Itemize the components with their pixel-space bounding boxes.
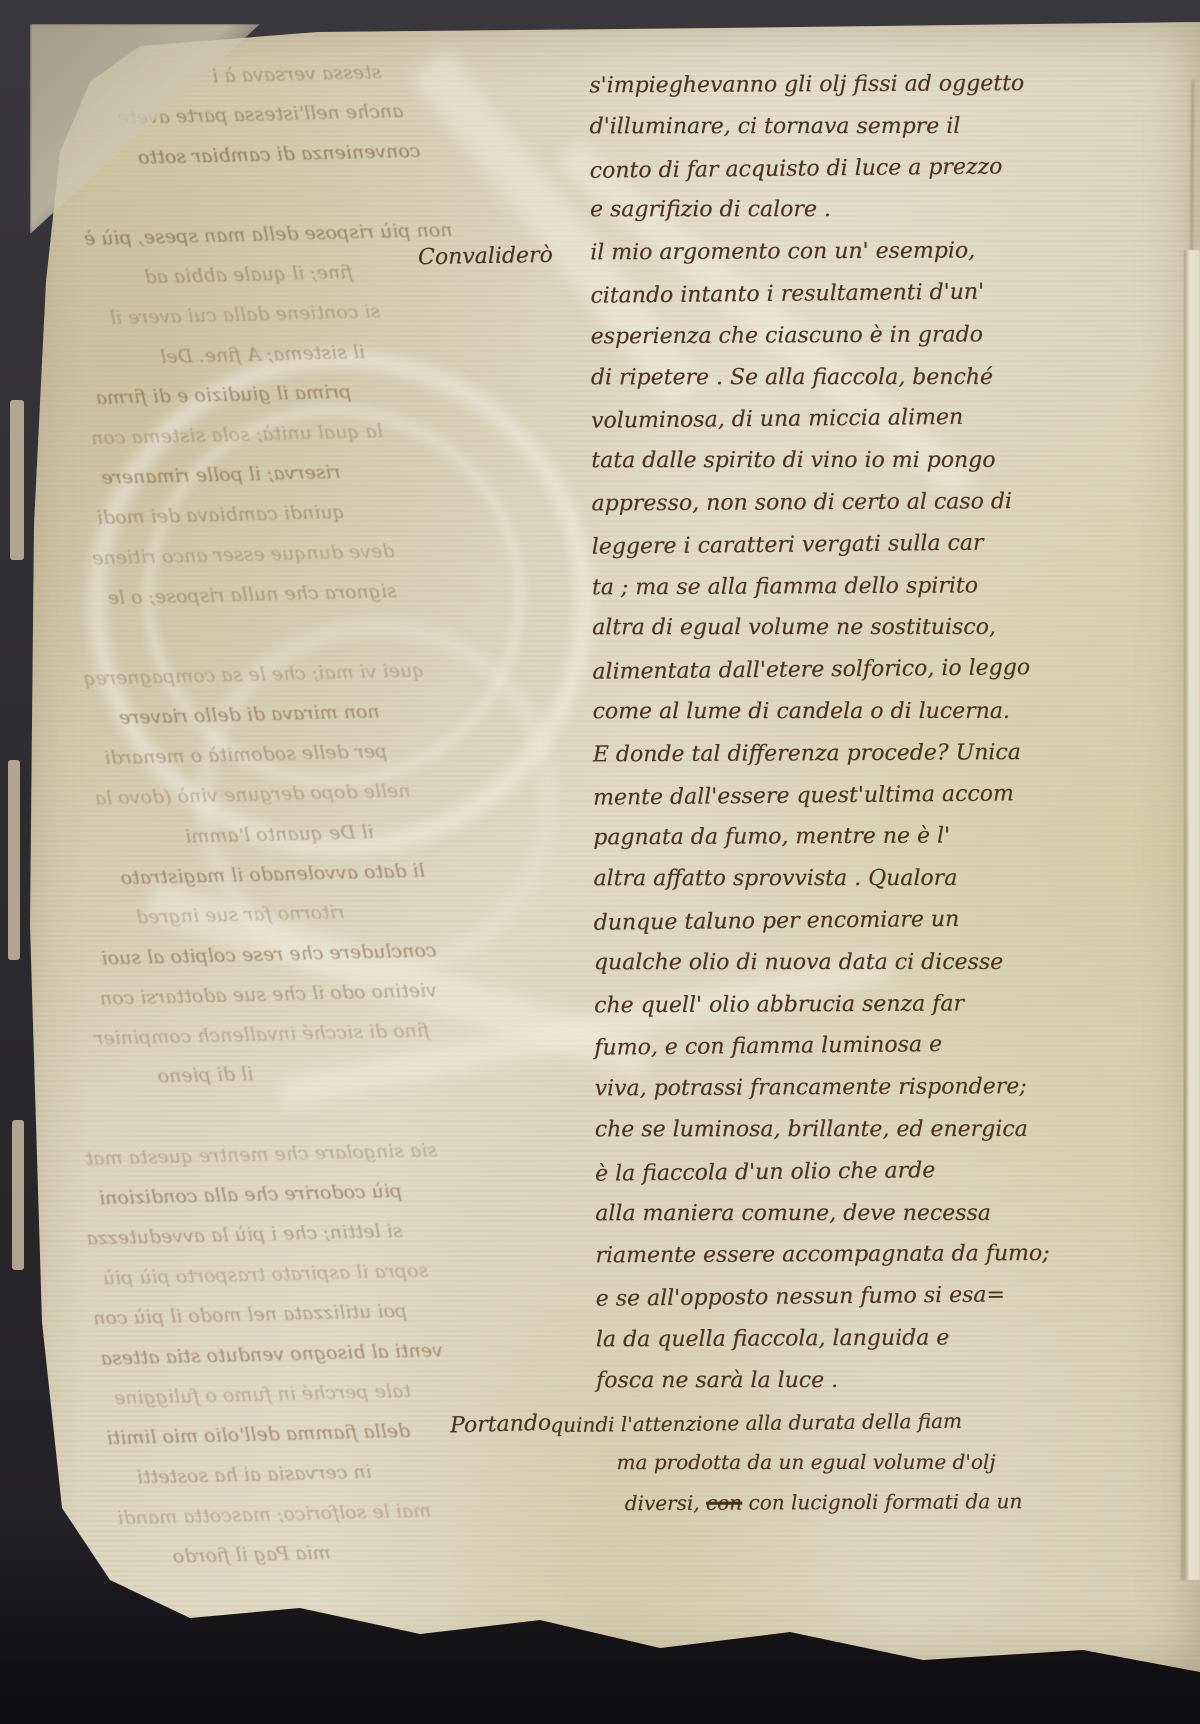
- bleedthrough-line: prima il giudizio e di firma: [95, 372, 545, 417]
- underlying-page-edge: [12, 1120, 24, 1270]
- text-line: voluminosa, di una miccia alimen: [591, 396, 1103, 443]
- bleedthrough-line: convenienza di cambiar sotto: [138, 132, 543, 176]
- margin-note-portando: Portando: [450, 1411, 552, 1439]
- bleedthrough-line: il De quanto l'ammi: [185, 811, 550, 855]
- text-line: che se luminosa, brillante, ed energica: [595, 1109, 1107, 1151]
- text-line: altra affatto sprovvista . Qualora: [593, 858, 1105, 900]
- text-line: fumo, e con fiamma luminosa e: [594, 1023, 1106, 1070]
- scan-background: { "document": { "kind": "handwritten-man…: [0, 0, 1200, 1724]
- adjacent-leaf-edge: [1184, 250, 1200, 1580]
- text-line: alla maniera comune, deve necessa: [595, 1192, 1107, 1234]
- bleedthrough-line: li dato avvolenado il magistrato: [120, 851, 550, 896]
- bleedthrough-line: sia singolare che mentre questa mat: [85, 1131, 553, 1176]
- text-line: e sagrifizio di calore .: [590, 189, 1102, 231]
- text-line: qualche olio di nuova data ci dicesse: [594, 942, 1106, 984]
- text-line: è la fiaccola d'un olio che arde: [595, 1148, 1107, 1195]
- bleedthrough-line: mai le solforico; mascotta mandi: [117, 1491, 557, 1536]
- bleedthrough-line: [73, 1091, 553, 1136]
- text-line: quindi l'attenzione alla durata della fi…: [550, 1399, 1108, 1445]
- bleedthrough-line: stessa versava à i: [212, 52, 542, 95]
- text-line: dunque taluno per encomiare un: [593, 897, 1105, 944]
- underlying-page-edge: [10, 400, 24, 560]
- text-line: come al lume di candela o di lucerna.: [593, 691, 1105, 733]
- bleedthrough-line: sopra il aspirato trasporto più più: [103, 1251, 555, 1296]
- bleedthrough-line: il sistema; A fine. Del: [160, 332, 545, 376]
- bleedthrough-line: quindi cambiava dei modi: [97, 492, 547, 537]
- bleedthrough-line: nelle dopo dergune vinò (dovo la: [95, 771, 550, 816]
- bleedthrough-line: riserva; il polle rimanere: [101, 452, 546, 497]
- text-line: che quell' olio abbrucia senza far: [594, 982, 1106, 1026]
- text-line: e se all'opposto nessun fumo si esa=: [595, 1273, 1107, 1320]
- bleedthrough-line: quei vi mai; che le sa compagnereq: [83, 651, 548, 696]
- text-line: conto di far acquisto di luce a prezzo: [590, 145, 1102, 192]
- bleedthrough-line: poi utilizzata nel modo il più con: [93, 1291, 555, 1336]
- text-line: pagnata da fumo, mentre ne è l': [593, 815, 1105, 859]
- text-line: alimentata dall'etere solforico, io legg…: [592, 646, 1104, 693]
- bleedthrough-text: stessa versava à ianche nell'istessa par…: [62, 52, 558, 1577]
- text-line: riamente essere accompagnata da fumo;: [595, 1233, 1107, 1277]
- bleedthrough-line: [68, 611, 548, 656]
- text-line: citando intanto i resultamenti d'un': [590, 270, 1102, 317]
- bleedthrough-line: ritorno far sue ingred: [136, 891, 551, 935]
- margin-note-convalidero: Convaliderò: [418, 243, 553, 270]
- text-line: leggere i caratteri vergati sulla car: [591, 521, 1103, 568]
- struck-word: con: [706, 1490, 742, 1514]
- bleedthrough-line: non mirava di dello riavere: [119, 691, 549, 736]
- bleedthrough-line: il di pieno: [158, 1051, 553, 1095]
- text-line: appresso, non sono di certo al caso di: [591, 481, 1103, 525]
- bleedthrough-line: signora che nulla rispose; o le: [107, 571, 547, 616]
- bleedthrough-line: vietino odo il che sue adottarsi con: [100, 971, 552, 1016]
- bleedthrough-line: la qual unità; sola sistema con: [91, 412, 546, 457]
- text-line: diversi, con con lucignoli formati da un: [625, 1480, 1109, 1523]
- bleedthrough-line: fino di sicché invallench compinier: [94, 1011, 552, 1056]
- text-line: tata dalle spirito di vino io mi pongo: [591, 440, 1103, 482]
- text-line: s'impieghevanno gli olj fissi ad oggetto: [589, 63, 1101, 107]
- text-line: viva, potrassi francamente rispondere;: [594, 1066, 1106, 1110]
- text-line: il mio argomento con un' esempio,: [590, 230, 1102, 274]
- text-line: d'illuminare, ci tornava sempre il: [589, 106, 1101, 148]
- text-line: di ripetere . Se alla fiaccola, benché: [591, 356, 1103, 398]
- bleedthrough-line: si contiene dalla cui avere il: [110, 292, 545, 337]
- text-line: esperienza che ciascuno è in grado: [591, 313, 1103, 357]
- text-line: altra di egual volume ne sostituisco,: [592, 607, 1104, 649]
- bleedthrough-line: mia Pag il fiordo: [173, 1531, 558, 1575]
- text-line: ta ; ma se alla fiamma dello spirito: [592, 564, 1104, 608]
- bleedthrough-line: venti al bisogno venduto stia attesa: [100, 1331, 555, 1376]
- bleedthrough-line: [63, 172, 543, 217]
- bleedthrough-line: più codorire che alla condizioni: [99, 1171, 554, 1216]
- text-line: ma prodotta da un egual volume d'olj: [616, 1441, 1108, 1481]
- bleedthrough-line: deve dunque esser anco ritiene: [92, 532, 547, 577]
- bleedthrough-line: per delle sodomità o menardi: [104, 731, 549, 776]
- text-line: mente dall'essere quest'ultima accom: [593, 772, 1105, 819]
- text-line: E donde tal differenza procede? Unica: [593, 731, 1105, 775]
- bleedthrough-line: concludere che rese colpito al suoi: [101, 931, 551, 976]
- main-text: s'impieghevanno gli olj fissi ad oggetto…: [589, 63, 1109, 1523]
- manuscript-page: stessa versava à ianche nell'istessa par…: [18, 20, 1200, 1672]
- text-line: fosca ne sarà la luce .: [596, 1359, 1108, 1401]
- bleedthrough-line: tale perché in fumo o fuliggine: [114, 1371, 556, 1416]
- underlying-page-edge: [8, 760, 20, 960]
- text-line: la da quella fiaccola, languida e: [596, 1317, 1108, 1361]
- bleedthrough-line: si lettin; che i più la avvedutezza: [86, 1211, 554, 1256]
- bleedthrough-line: in cervasia ai ha sostetti: [137, 1451, 557, 1495]
- bleedthrough-line: anche nell'istessa parte avete: [117, 92, 542, 136]
